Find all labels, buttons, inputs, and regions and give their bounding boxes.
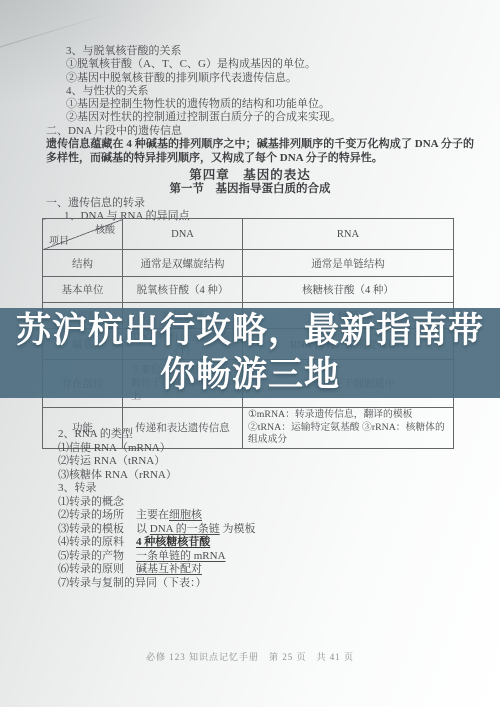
value-plain: 以: [136, 523, 150, 535]
item-label: ⑴转录的概念: [58, 496, 124, 508]
item-label: ⑶转录的模板: [58, 523, 124, 535]
heading-dna-fragment-info: 二、DNA 片段中的遗传信息: [46, 125, 474, 138]
note-line: ①基因是控制生物性状的遗传物质的结构和功能单位。: [46, 98, 474, 111]
table-corner-cell: 核酸 项目: [43, 219, 123, 250]
note-line: ②基因对性状的控制通过控制蛋白质分子的合成来实现。: [46, 111, 474, 124]
item-label: ⑺转录与复制的异同（下表：）: [58, 577, 207, 589]
page-footer: 必修 123 知识点记忆手册 第 25 页 共 41 页: [0, 650, 500, 663]
cell-dna-structure: 通常是双螺旋结构: [123, 250, 243, 277]
note-line: ②基因中脱氧核苷酸的排列顺序代表遗传信息。: [46, 72, 474, 85]
note-line: ①脱氧核苷酸（A、T、C、G）是构成基因的单位。: [46, 58, 474, 71]
transcription-item-concept: ⑴转录的概念: [58, 496, 255, 510]
corner-label-nucleic-acid: 核酸: [95, 221, 115, 236]
banner-title-line2: 你畅游三地: [160, 353, 340, 397]
value-underlined: 碱基互补配对: [136, 563, 202, 575]
item-label: ⑹转录的原则: [58, 563, 124, 575]
cell-rna-function: ①mRNA：转录遗传信息，翻译的模板 ②tRNA：运输特定氨基酸 ③rRNA：核…: [243, 408, 454, 449]
rna-and-transcription-lists: 2、RNA 的类型 ⑴信使 RNA（mRNA） ⑵转运 RNA（tRNA） ⑶核…: [58, 428, 255, 590]
table-header-row: 核酸 项目 DNA RNA: [43, 219, 454, 250]
cell-dna-unit: 脱氧核苷酸（4 种）: [123, 277, 243, 303]
note-line: 4、与性状的关系: [46, 85, 474, 98]
value-underlined: 一条单链的 mRNA: [136, 550, 226, 562]
banner-overlay: 苏沪杭出行攻略，最新指南带 你畅游三地: [0, 308, 500, 398]
transcription-item-difference: ⑺转录与复制的异同（下表：）: [58, 577, 255, 591]
heading-rna-types: 2、RNA 的类型: [58, 428, 255, 442]
note-line: 3、与脱氧核苷酸的关系: [46, 45, 474, 58]
item-value: 以 DNA 的一条链 为模板: [136, 523, 255, 535]
document-photo: 3、与脱氧核苷酸的关系 ①脱氧核苷酸（A、T、C、G）是构成基因的单位。 ②基因…: [0, 0, 500, 707]
transcription-item-site: ⑵转录的场所主要在细胞核: [58, 509, 255, 523]
transcription-item-material: ⑷转录的原料4 种核糖核苷酸: [58, 536, 255, 550]
item-label: ⑷转录的原料: [58, 536, 124, 548]
cell-rna-structure: 通常是单链结构: [243, 250, 454, 277]
transcription-item-template: ⑶转录的模板以 DNA 的一条链 为模板: [58, 523, 255, 537]
value-underlined: 4 种核糖核苷酸: [136, 536, 210, 548]
list-item-trna: ⑵转运 RNA（tRNA）: [58, 455, 255, 469]
item-value: 碱基互补配对: [136, 563, 202, 575]
list-item-rrna: ⑶核糖体 RNA（rRNA）: [58, 469, 255, 483]
item-value: 4 种核糖核苷酸: [136, 536, 210, 548]
column-header-dna: DNA: [123, 219, 243, 250]
column-header-rna: RNA: [243, 219, 454, 250]
row-label: 结构: [43, 250, 123, 277]
table-row-structure: 结构 通常是双螺旋结构 通常是单链结构: [43, 250, 454, 277]
value-plain: 主要在: [136, 509, 169, 521]
row-label: 基本单位: [43, 277, 123, 303]
item-label: ⑸转录的产物: [58, 550, 124, 562]
page-corner-edge: [0, 12, 112, 48]
item-value: 主要在细胞核: [136, 509, 202, 521]
value-underlined: 细胞核: [169, 509, 202, 521]
list-item-mrna: ⑴信使 RNA（mRNA）: [58, 442, 255, 456]
heading-transcription: 3、转录: [58, 482, 255, 496]
item-value: 一条单链的 mRNA: [136, 550, 226, 562]
transcription-item-product: ⑸转录的产物一条单链的 mRNA: [58, 550, 255, 564]
banner-title-line1: 苏沪杭出行攻略，最新指南带: [16, 309, 484, 353]
genetic-info-paragraph: 遗传信息蕴藏在 4 种碱基的排列顺序之中；碱基排列顺序的千变万化构成了 DNA …: [46, 138, 474, 165]
value-plain: 为模板: [220, 523, 256, 535]
corner-label-item: 项目: [49, 232, 69, 247]
transcription-item-principle: ⑹转录的原则碱基互补配对: [58, 563, 255, 577]
item-label: ⑵转录的场所: [58, 509, 124, 521]
value-underlined: DNA 的一条链: [150, 523, 220, 535]
gene-relation-notes: 3、与脱氧核苷酸的关系 ①脱氧核苷酸（A、T、C、G）是构成基因的单位。 ②基因…: [46, 45, 474, 138]
cell-rna-unit: 核糖核苷酸（4 种）: [243, 277, 454, 303]
table-row-basic-unit: 基本单位 脱氧核苷酸（4 种） 核糖核苷酸（4 种）: [43, 277, 454, 303]
